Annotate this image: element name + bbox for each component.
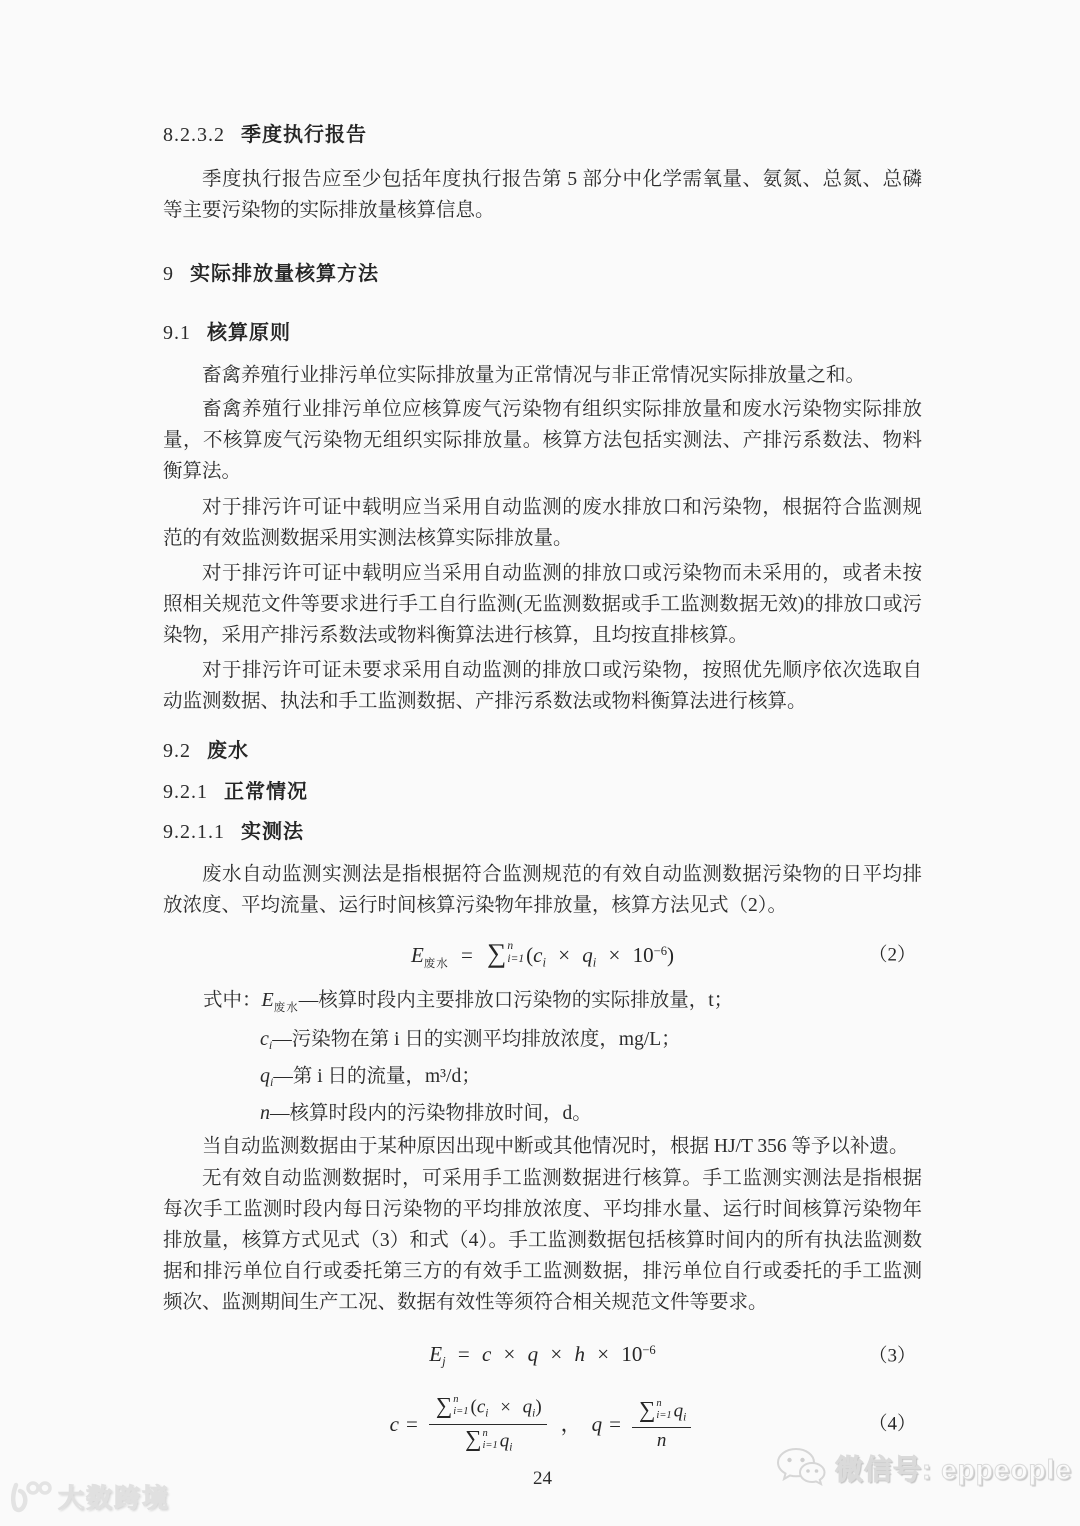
summation-symbol: ∑ni=1 — [487, 940, 524, 966]
heading-number: 9 — [163, 263, 174, 285]
watermark-brand-text: 大数跨境 — [58, 1478, 170, 1515]
paragraph-data-gap: 当自动监测数据由于某种原因出现中断或其他情况时，根据 HJ/T 356 等予以补… — [163, 1131, 922, 1162]
summation-symbol: ∑ni=1 — [465, 1428, 498, 1452]
times-sign: × — [550, 1342, 562, 1366]
heading-8-2-3-2: 8.2.3.2季度执行报告 — [163, 120, 922, 150]
summation-symbol: ∑ni=1 — [639, 1398, 672, 1422]
watermark-wechat: 微信号: eppeople — [775, 1446, 1072, 1490]
var-c: c — [390, 1414, 399, 1435]
formula-3-body: Ej = c × q × h × 10−6 — [429, 1344, 655, 1368]
fraction-c: ∑ni=1(ci × qi) ∑ni=1qi — [429, 1394, 547, 1453]
paragraph-principle-2: 畜禽养殖行业排污单位应核算废气污染物有组织实际排放量和废水污染物实际排放量，不核… — [163, 394, 922, 487]
formula-definitions: 式中：E废水—核算时段内主要排放口污染物的实际排放量，t； ci—污染物在第 i… — [163, 985, 922, 1129]
formula-3: Ej = c × q × h × 10−6 （3） — [163, 1334, 922, 1378]
watermark-wechat-text: 微信号: eppeople — [835, 1448, 1072, 1488]
heading-9-2-1-1: 9.2.1.1实测法 — [163, 817, 922, 847]
heading-number: 8.2.3.2 — [163, 124, 225, 146]
defs-lead: 式中： — [203, 990, 262, 1011]
heading-number: 9.2.1 — [163, 781, 208, 803]
heading-number: 9.2.1.1 — [163, 821, 225, 843]
summation-symbol: ∑ni=1 — [436, 1394, 469, 1418]
times-sign: × — [609, 943, 621, 967]
document-page: { "doc": { "headings": { "h8232": { "num… — [0, 0, 1080, 1526]
var-E: E — [429, 1342, 442, 1366]
heading-9: 9实际排放量核算方法 — [163, 259, 922, 289]
formula-2: E废水 = ∑ni=1(ci × qi × 10−6) （2） — [163, 933, 922, 977]
equals-sign: = — [461, 943, 473, 967]
equals-sign: = — [406, 1414, 418, 1435]
definition-c: ci—污染物在第 i 日的实测平均排放浓度，mg/L； — [163, 1024, 922, 1061]
definition-n: n—核算时段内的污染物排放时间，d。 — [163, 1098, 922, 1129]
heading-9-2-1: 9.2.1正常情况 — [163, 777, 922, 807]
fraction-q: ∑ni=1qi n — [632, 1398, 691, 1450]
heading-title: 实测法 — [241, 821, 304, 843]
var-q: q — [592, 1414, 603, 1435]
paragraph-manual-monitoring: 无有效自动监测数据时，可采用手工监测数据进行核算。手工监测实测法是指根据每次手工… — [163, 1163, 922, 1318]
heading-title: 正常情况 — [224, 781, 308, 803]
times-sign: × — [500, 1397, 511, 1418]
heading-9-2: 9.2废水 — [163, 736, 922, 766]
heading-9-1: 9.1核算原则 — [163, 318, 922, 348]
heading-number: 9.1 — [163, 322, 191, 344]
times-sign: × — [558, 943, 570, 967]
paragraph-quarterly-report: 季度执行报告应至少包括年度执行报告第 5 部分中化学需氧量、氨氮、总氮、总磷等主… — [163, 164, 922, 226]
sub-wastewater: 废水 — [424, 958, 449, 970]
formula-3-label: （3） — [868, 1347, 916, 1366]
paragraph-principle-3: 对于排污许可证中载明应当采用自动监测的废水排放口和污染物，根据符合监测规范的有效… — [163, 492, 922, 554]
definition-q: qi—第 i 日的流量，m³/d； — [163, 1061, 922, 1098]
paragraph-principle-4: 对于排污许可证中载明应当采用自动监测的排放口或污染物而未采用的，或者未按照相关规… — [163, 558, 922, 651]
heading-title: 废水 — [207, 740, 249, 762]
dashu-logo-icon — [8, 1479, 52, 1515]
heading-title: 实际排放量核算方法 — [190, 263, 379, 285]
heading-title: 核算原则 — [207, 322, 291, 344]
heading-number: 9.2 — [163, 740, 191, 762]
formula-2-label: （2） — [868, 946, 916, 965]
wechat-icon — [775, 1446, 827, 1490]
var-q: q — [582, 943, 593, 967]
comma: ， — [561, 1414, 582, 1435]
equals-sign: = — [458, 1342, 470, 1366]
page-content: 8.2.3.2季度执行报告 季度执行报告应至少包括年度执行报告第 5 部分中化学… — [0, 0, 1080, 1490]
watermark-dashukuajing: 大数跨境 — [8, 1478, 170, 1515]
definition-E: 式中：E废水—核算时段内主要排放口污染物的实际排放量，t； — [163, 985, 922, 1024]
paragraph-principle-5: 对于排污许可证未要求采用自动监测的排放口或污染物，按照优先顺序依次选取自动监测数… — [163, 655, 922, 717]
formula-2-body: E废水 = ∑ni=1(ci × qi × 10−6) — [411, 940, 674, 971]
heading-title: 季度执行报告 — [241, 124, 367, 146]
var-q: q — [528, 1342, 539, 1366]
times-sign: × — [504, 1342, 516, 1366]
equals-sign: = — [609, 1414, 621, 1435]
var-E: E — [411, 943, 424, 967]
paragraph-principle-1: 畜禽养殖行业排污单位实际排放量为正常情况与非正常情况实际排放量之和。 — [163, 360, 922, 391]
var-c: c — [482, 1342, 491, 1366]
times-sign: × — [597, 1342, 609, 1366]
var-h: h — [574, 1342, 585, 1366]
formula-4-label: （4） — [868, 1415, 916, 1434]
paragraph-auto-monitoring: 废水自动监测实测法是指根据符合监测规范的有效自动监测数据污染物的日平均排放浓度、… — [163, 859, 922, 921]
